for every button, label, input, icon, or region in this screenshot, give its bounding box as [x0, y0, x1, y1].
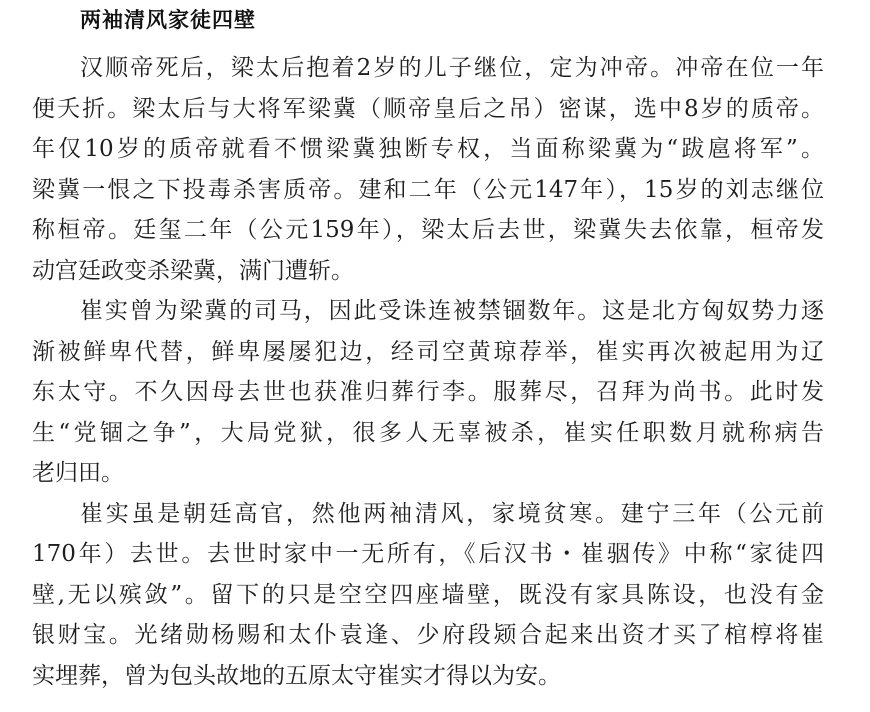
text-line: 实埋葬，曾为包头故地的五原太守崔实才得以为安。 — [32, 656, 824, 697]
text-line: 壁,无以殡敛”。留下的只是空空四座墙壁，既没有家具陈设，也没有金 — [32, 575, 824, 616]
text-line: 梁冀一恨之下投毒杀害质帝。建和二年（公元147年），15岁的刘志继位 — [32, 170, 824, 211]
text-line: 年仅10岁的质帝就看不惯梁冀独断专权，当面称梁冀为“跋扈将军”。 — [32, 129, 824, 170]
article-title: 两袖清风家徒四壁 — [80, 5, 256, 35]
text-line: 崔实虽是朝廷高官，然他两袖清风，家境贫寒。建宁三年（公元前 — [32, 494, 824, 535]
text-line: 动宫廷政变杀梁冀，满门遭斩。 — [32, 251, 824, 292]
text-line: 东太守。不久因母去世也获准归葬行李。服葬尽，召拜为尚书。此时发 — [32, 372, 824, 413]
text-line: 渐被鲜卑代替，鲜卑屡屡犯边，经司空黄琼荐举，崔实再次被起用为辽 — [32, 332, 824, 373]
text-line: 崔实曾为梁冀的司马，因此受诛连被禁锢数年。这是北方匈奴势力逐 — [32, 291, 824, 332]
text-line: 称桓帝。廷玺二年（公元159年），梁太后去世，梁冀失去依靠，桓帝发 — [32, 210, 824, 251]
paragraph-3: 崔实虽是朝廷高官，然他两袖清风，家境贫寒。建宁三年（公元前 170年）去世。去世… — [32, 494, 824, 697]
text-line: 老归田。 — [32, 453, 824, 494]
text-line: 便夭折。梁太后与大将军梁冀（顺帝皇后之吊）密谋，选中8岁的质帝。 — [32, 89, 824, 130]
paragraph-1: 汉顺帝死后，梁太后抱着2岁的儿子继位，定为冲帝。冲帝在位一年 便夭折。梁太后与大… — [32, 48, 824, 291]
document-page: 两袖清风家徒四壁 汉顺帝死后，梁太后抱着2岁的儿子继位，定为冲帝。冲帝在位一年 … — [0, 0, 870, 712]
text-line: 银财宝。光绪勋杨赐和太仆袁逢、少府段颎合起来出资才买了棺椁将崔 — [32, 615, 824, 656]
text-line: 汉顺帝死后，梁太后抱着2岁的儿子继位，定为冲帝。冲帝在位一年 — [32, 48, 824, 89]
paragraph-2: 崔实曾为梁冀的司马，因此受诛连被禁锢数年。这是北方匈奴势力逐 渐被鲜卑代替，鲜卑… — [32, 291, 824, 494]
text-line: 170年）去世。去世时家中一无所有，《后汉书・崔骃传》中称“家徒四 — [32, 534, 824, 575]
text-line: 生“党锢之争”，大局党狱，很多人无辜被杀，崔实任职数月就称病告 — [32, 413, 824, 454]
article-body: 汉顺帝死后，梁太后抱着2岁的儿子继位，定为冲帝。冲帝在位一年 便夭折。梁太后与大… — [32, 48, 824, 696]
